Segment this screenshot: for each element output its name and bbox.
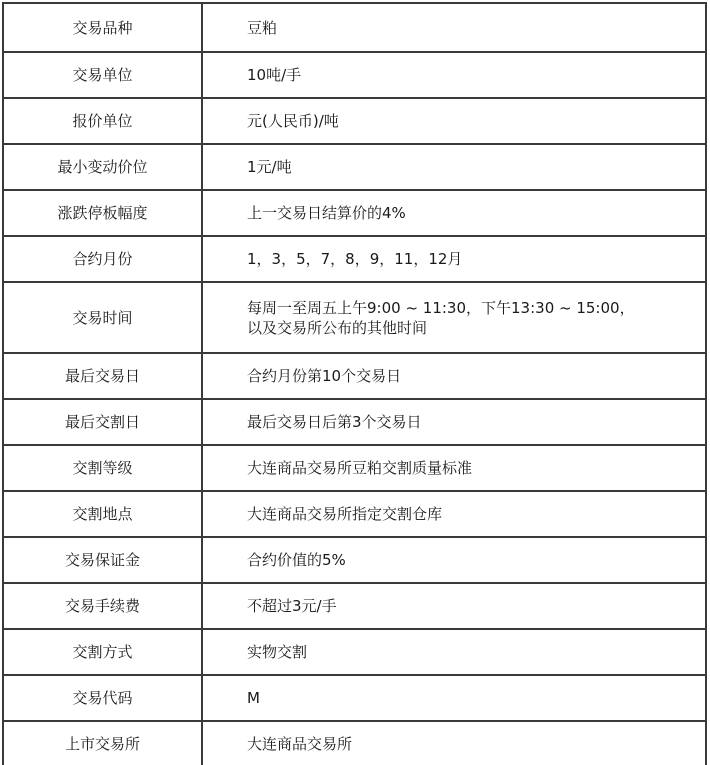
table-row: 最后交割日 最后交易日后第3个交易日 [3,399,706,445]
table-row: 交易品种 豆粕 [3,3,706,52]
row-label: 交割方式 [3,629,202,675]
row-value: 合约月份第10个交易日 [202,353,706,399]
row-label: 报价单位 [3,98,202,144]
row-value: 每周一至周五上午9:00 ~ 11:30，下午13:30 ~ 15:00， 以及… [202,282,706,353]
row-label: 交易代码 [3,675,202,721]
row-label: 交割地点 [3,491,202,537]
table-row: 交易保证金 合约价值的5% [3,537,706,583]
row-value: 元(人民币)/吨 [202,98,706,144]
table-row: 上市交易所 大连商品交易所 [3,721,706,765]
table-row: 涨跌停板幅度 上一交易日结算价的4% [3,190,706,236]
contract-spec-table: 交易品种 豆粕 交易单位 10吨/手 报价单位 元(人民币)/吨 最小变动价位 … [2,2,707,765]
row-value: 不超过3元/手 [202,583,706,629]
row-label: 交割等级 [3,445,202,491]
row-value: 10吨/手 [202,52,706,98]
table-row: 最小变动价位 1元/吨 [3,144,706,190]
row-label: 交易单位 [3,52,202,98]
row-value: 上一交易日结算价的4% [202,190,706,236]
table-row: 交易手续费 不超过3元/手 [3,583,706,629]
table-row: 交割地点 大连商品交易所指定交割仓库 [3,491,706,537]
table-row: 合约月份 1，3，5，7，8，9，11，12月 [3,236,706,282]
table-row: 交割等级 大连商品交易所豆粕交割质量标准 [3,445,706,491]
row-label: 交易品种 [3,3,202,52]
row-value: 最后交易日后第3个交易日 [202,399,706,445]
row-label: 交易时间 [3,282,202,353]
row-value: 大连商品交易所指定交割仓库 [202,491,706,537]
row-label: 合约月份 [3,236,202,282]
row-label: 涨跌停板幅度 [3,190,202,236]
row-label: 上市交易所 [3,721,202,765]
value-line: 以及交易所公布的其他时间 [247,318,695,338]
row-value: 1元/吨 [202,144,706,190]
row-label: 最后交割日 [3,399,202,445]
row-label: 最后交易日 [3,353,202,399]
table-row: 交易代码 M [3,675,706,721]
row-label: 交易保证金 [3,537,202,583]
row-value: 实物交割 [202,629,706,675]
table-row: 最后交易日 合约月份第10个交易日 [3,353,706,399]
table-row: 报价单位 元(人民币)/吨 [3,98,706,144]
table-row: 交易单位 10吨/手 [3,52,706,98]
row-value: 大连商品交易所 [202,721,706,765]
row-value: 大连商品交易所豆粕交割质量标准 [202,445,706,491]
row-value: M [202,675,706,721]
row-value: 豆粕 [202,3,706,52]
value-line: 每周一至周五上午9:00 ~ 11:30，下午13:30 ~ 15:00， [247,298,695,318]
table-row: 交割方式 实物交割 [3,629,706,675]
table-row: 交易时间 每周一至周五上午9:00 ~ 11:30，下午13:30 ~ 15:0… [3,282,706,353]
row-label: 交易手续费 [3,583,202,629]
row-value: 1，3，5，7，8，9，11，12月 [202,236,706,282]
row-label: 最小变动价位 [3,144,202,190]
row-value: 合约价值的5% [202,537,706,583]
